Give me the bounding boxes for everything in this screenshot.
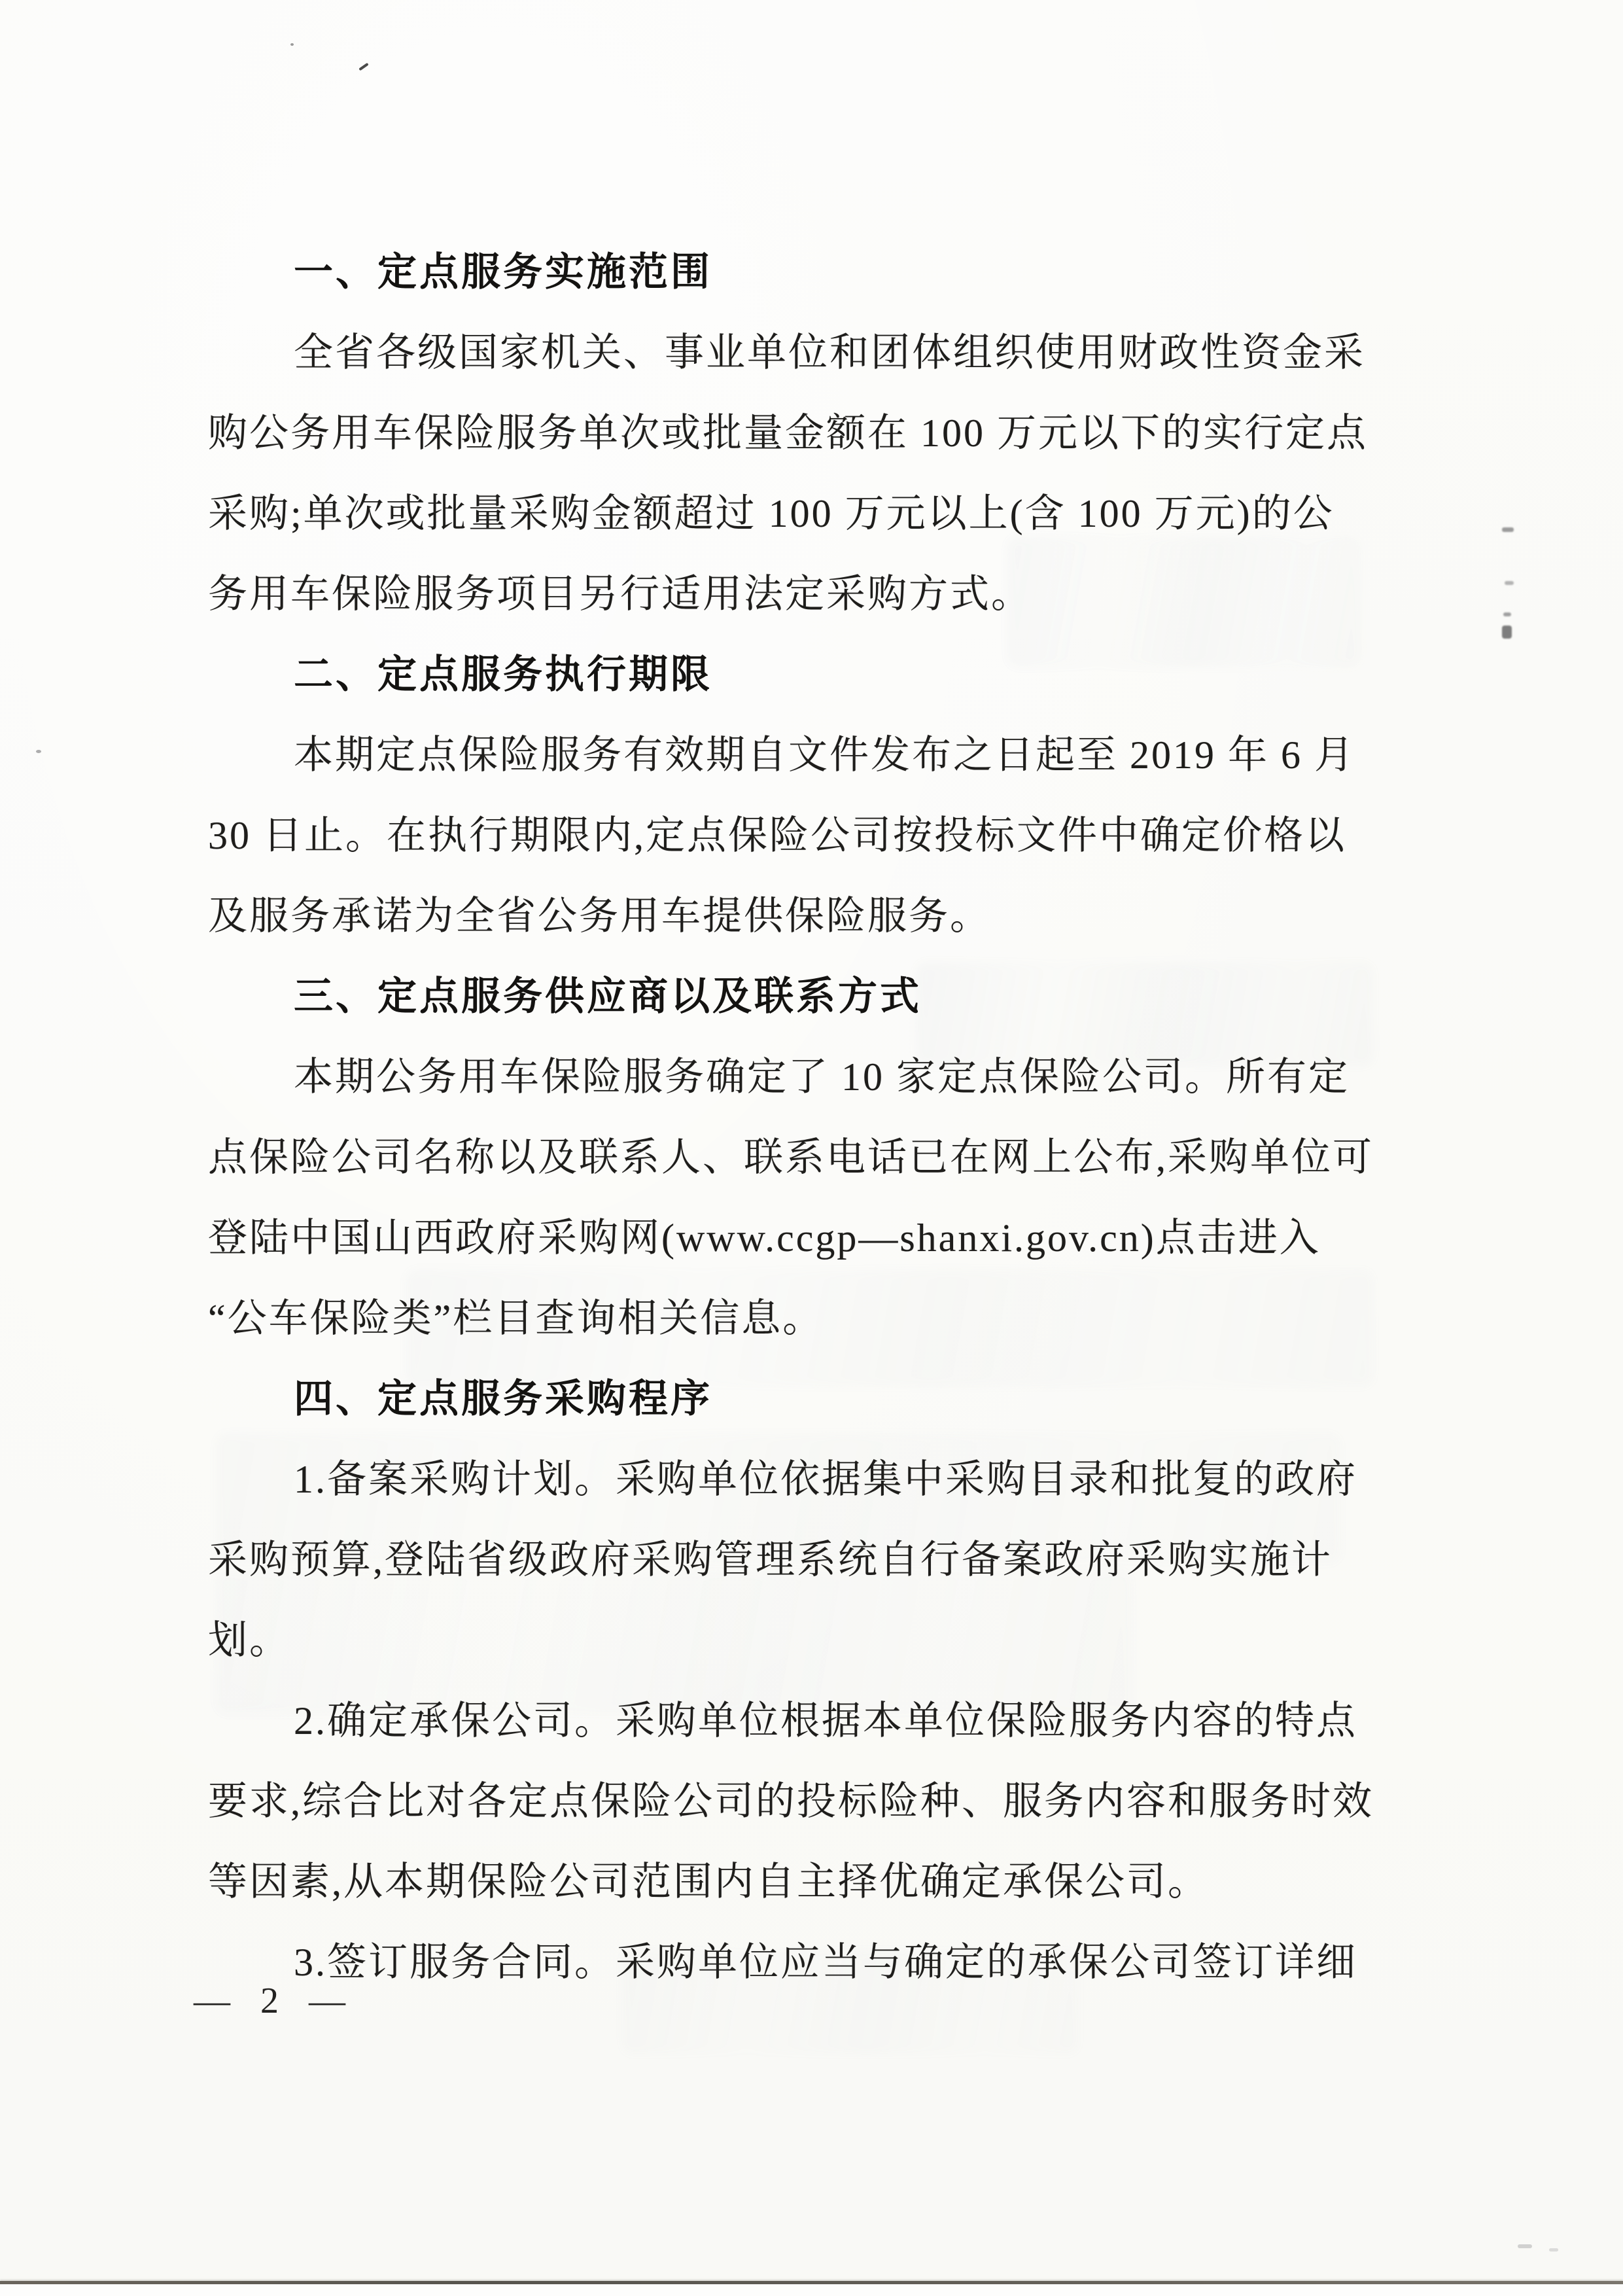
page-number: — 2 —: [194, 1975, 356, 2027]
paragraph-line: 购公务用车保险服务单次或批量金额在 100 万元以下的实行定点: [208, 393, 1348, 474]
page-bottom-edge: [0, 2281, 1623, 2284]
document-body: 一、定点服务实施范围全省各级国家机关、事业单位和团体组织使用财政性资金采购公务用…: [208, 232, 1348, 2003]
paragraph-line: 2.确定承保公司。采购单位根据本单位保险服务内容的特点: [208, 1681, 1348, 1761]
paragraph-line: 采购预算,登陆省级政府采购管理系统自行备案政府采购实施计: [208, 1520, 1348, 1600]
paragraph-line: 1.备案采购计划。采购单位依据集中采购目录和批复的政府: [208, 1439, 1348, 1520]
paragraph-line: 要求,综合比对各定点保险公司的投标险种、服务内容和服务时效: [208, 1761, 1348, 1842]
section-heading-line: 四、定点服务采购程序: [208, 1359, 1348, 1439]
scanned-page: { "page": { "number_label": "— 2 —" }, "…: [0, 0, 1623, 2296]
paragraph-line: 等因素,从本期保险公司范围内自主择优确定承保公司。: [208, 1842, 1348, 1922]
paragraph-line: 30 日止。在执行期限内,定点保险公司按投标文件中确定价格以: [208, 796, 1348, 876]
paragraph-line: 采购;单次或批量采购金额超过 100 万元以上(含 100 万元)的公: [208, 474, 1348, 554]
paragraph-line: 及服务承诺为全省公务用车提供保险服务。: [208, 876, 1348, 957]
section-heading-line: 二、定点服务执行期限: [208, 635, 1348, 715]
paragraph-line: 全省各级国家机关、事业单位和团体组织使用财政性资金采: [208, 313, 1348, 393]
paragraph-line: 本期公务用车保险服务确定了 10 家定点保险公司。所有定: [208, 1037, 1348, 1118]
paragraph-line: 划。: [208, 1600, 1348, 1681]
paragraph-line: 登陆中国山西政府采购网(www.ccgp—shanxi.gov.cn)点击进入: [208, 1198, 1348, 1279]
paragraph-line: 点保险公司名称以及联系人、联系电话已在网上公布,采购单位可: [208, 1118, 1348, 1198]
paragraph-line: 务用车保险服务项目另行适用法定采购方式。: [208, 554, 1348, 635]
section-heading-line: 一、定点服务实施范围: [208, 232, 1348, 313]
section-heading-line: 三、定点服务供应商以及联系方式: [208, 957, 1348, 1037]
paragraph-line: “公车保险类”栏目查询相关信息。: [208, 1279, 1348, 1359]
scanner-background: [0, 2284, 1623, 2296]
paragraph-line: 3.签订服务合同。采购单位应当与确定的承保公司签订详细: [208, 1922, 1348, 2003]
paragraph-line: 本期定点保险服务有效期自文件发布之日起至 2019 年 6 月: [208, 715, 1348, 796]
